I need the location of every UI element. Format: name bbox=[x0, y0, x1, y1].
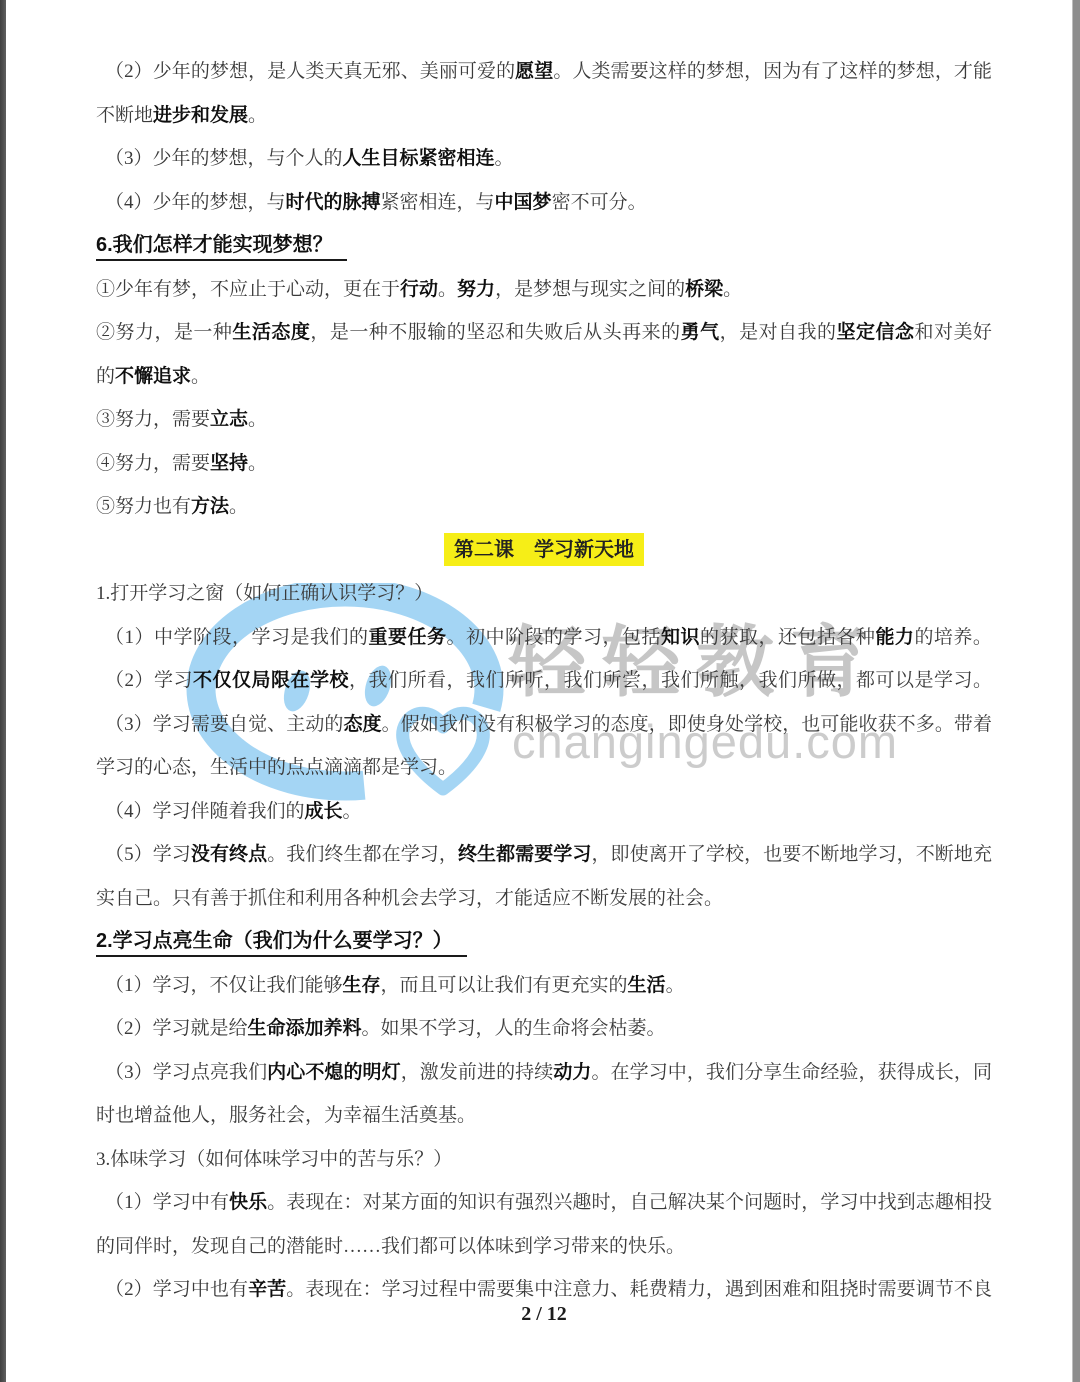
text-line: 时也增益他人，服务社会，为幸福生活奠基。 bbox=[96, 1094, 992, 1138]
text-line: 学习的心态，生活中的点点滴滴都是学习。 bbox=[96, 746, 992, 790]
text-line: （4）学习伴随着我们的成长。 bbox=[96, 790, 992, 834]
text-line: （5）学习没有终点。我们终生都在学习，终生都需要学习，即使离开了学校，也要不断地… bbox=[96, 833, 992, 877]
text-line: （2）少年的梦想，是人类天真无邪、美丽可爱的愿望。人类需要这样的梦想，因为有了这… bbox=[96, 50, 992, 94]
text-line: （1）学习中有快乐。表现在：对某方面的知识有强烈兴趣时，自己解决某个问题时，学习… bbox=[96, 1181, 992, 1225]
text-line: （2）学习不仅仅局限在学校，我们所看，我们所听，我们所尝，我们所触，我们所做，都… bbox=[96, 659, 992, 703]
text-line: （3）少年的梦想，与个人的人生目标紧密相连。 bbox=[96, 137, 992, 181]
lesson-title: 第二课 学习新天地 bbox=[96, 529, 992, 573]
text-line: 1.打开学习之窗（如何正确认识学习？） bbox=[96, 572, 992, 616]
text-line: 的同伴时，发现自己的潜能时……我们都可以体味到学习带来的快乐。 bbox=[96, 1225, 992, 1269]
text-line: ③努力，需要立志。 bbox=[96, 398, 992, 442]
text-line: 的不懈追求。 bbox=[96, 355, 992, 399]
document-page: 轻轻教育 changingedu.com （2）少年的梦想，是人类天真无邪、美丽… bbox=[0, 0, 1080, 1382]
text-line: 3.体味学习（如何体味学习中的苦与乐？） bbox=[96, 1138, 992, 1182]
text-line: （3）学习点亮我们内心不熄的明灯，激发前进的持续动力。在学习中，我们分享生命经验… bbox=[96, 1051, 992, 1095]
section-heading: 6.我们怎样才能实现梦想？ bbox=[96, 224, 992, 268]
text-line: （1）中学阶段，学习是我们的重要任务。初中阶段的学习，包括知识的获取，还包括各种… bbox=[96, 616, 992, 660]
heading-underline-text: 2.学习点亮生命（我们为什么要学习？） bbox=[96, 930, 467, 957]
text-line: ⑤努力也有方法。 bbox=[96, 485, 992, 529]
text-line: （2）学习就是给生命添加养料。如果不学习，人的生命将会枯萎。 bbox=[96, 1007, 992, 1051]
text-line: ①少年有梦，不应止于心动，更在于行动。努力，是梦想与现实之间的桥梁。 bbox=[96, 268, 992, 312]
text-line: （1）学习，不仅让我们能够生存，而且可以让我们有更充实的生活。 bbox=[96, 964, 992, 1008]
document-content: （2）少年的梦想，是人类天真无邪、美丽可爱的愿望。人类需要这样的梦想，因为有了这… bbox=[96, 50, 992, 1312]
heading-underline-text: 6.我们怎样才能实现梦想？ bbox=[96, 234, 347, 261]
text-line: 不断地进步和发展。 bbox=[96, 94, 992, 138]
footer-page-number: 2 / 12 bbox=[96, 1303, 992, 1326]
text-line: ②努力，是一种生活态度，是一种不服输的坚忍和失败后从头再来的勇气，是对自我的坚定… bbox=[96, 311, 992, 355]
text-line: ④努力，需要坚持。 bbox=[96, 442, 992, 486]
text-line: （4）少年的梦想，与时代的脉搏紧密相连，与中国梦密不可分。 bbox=[96, 181, 992, 225]
yellow-highlight-text: 第二课 学习新天地 bbox=[444, 533, 644, 566]
text-line: （3）学习需要自觉、主动的态度。假如我们没有积极学习的态度，即使身处学校，也可能… bbox=[96, 703, 992, 747]
text-line: 实自己。只有善于抓住和利用各种机会去学习，才能适应不断发展的社会。 bbox=[96, 877, 992, 921]
section-heading: 2.学习点亮生命（我们为什么要学习？） bbox=[96, 920, 992, 964]
